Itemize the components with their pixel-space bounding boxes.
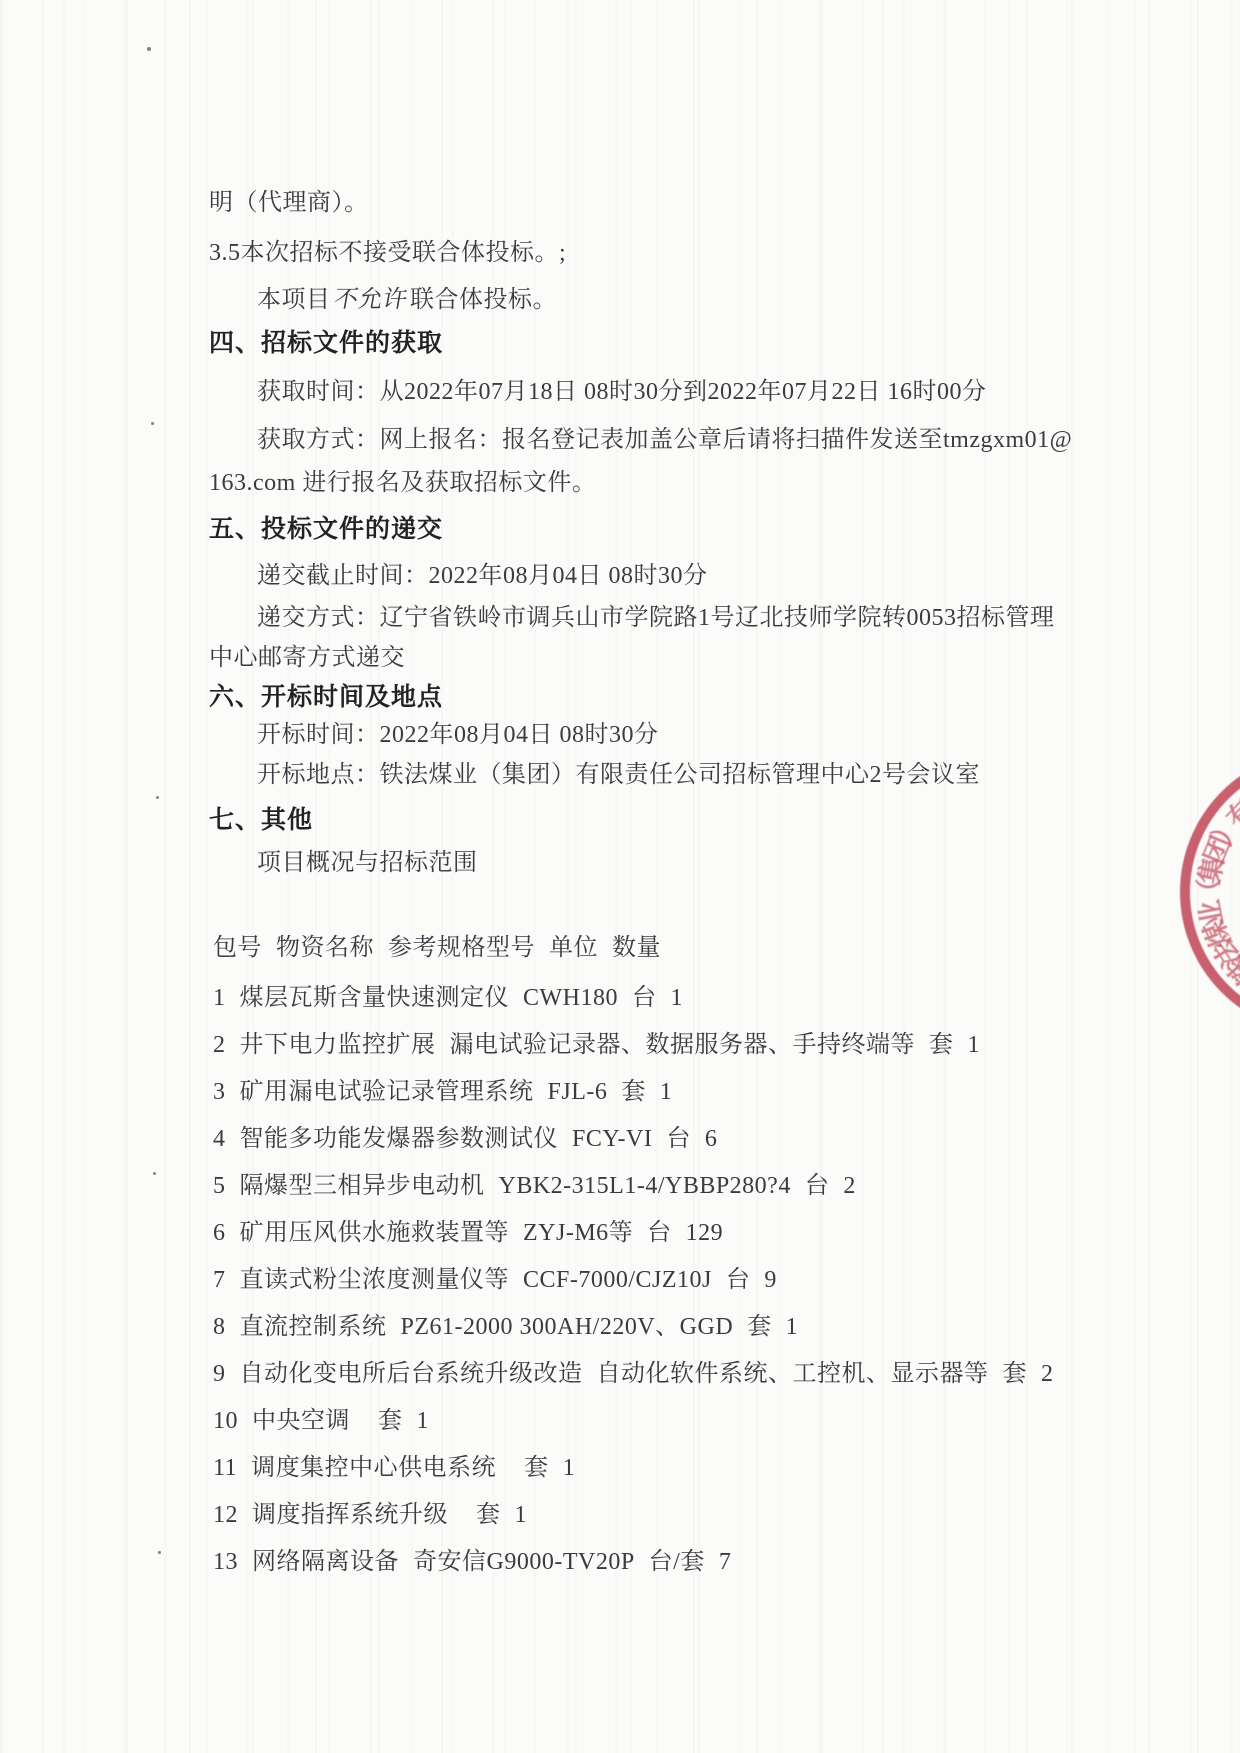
row-name: 矿用压风供水施救装置等 (240, 1221, 510, 1245)
row-unit: 台 (805, 1174, 830, 1198)
table-row: 5 隔爆型三相异步电动机 YBK2-315L1-4/YBBP280?4 台 2 (213, 1174, 856, 1198)
table-row: 7 直读式粉尘浓度测量仪等 CCF-7000/CJZ10J 台 9 (213, 1268, 777, 1292)
row-qty: 129 (686, 1221, 724, 1245)
row-unit: 套 (621, 1080, 646, 1104)
project-scope-subtitle: 项目概况与招标范围 (257, 851, 478, 875)
row-qty: 1 (968, 1033, 981, 1057)
row-qty: 1 (660, 1080, 673, 1104)
table-header: 包号 物资名称 参考规格型号 单位 数量 (213, 936, 661, 960)
row-no: 3 (213, 1080, 226, 1104)
scan-speck (156, 796, 159, 799)
row-no: 6 (213, 1221, 226, 1245)
row-unit: 套 (524, 1456, 549, 1480)
row-unit: 套 (378, 1409, 403, 1433)
scan-speck (151, 422, 154, 425)
row-name: 自动化变电所后台系统升级改造 (240, 1362, 583, 1386)
table-row: 9 自动化变电所后台系统升级改造 自动化软件系统、工控机、显示器等 套 2 (213, 1362, 1054, 1386)
row-no: 2 (213, 1033, 226, 1057)
clause-note-emphasis: 不允许 (328, 288, 412, 312)
row-name: 井下电力监控扩展 (240, 1033, 436, 1057)
row-spec: ZYJ-M6等 (523, 1221, 633, 1245)
row-name: 中央空调 (252, 1409, 350, 1433)
scan-speck (153, 1172, 156, 1175)
row-no: 4 (213, 1127, 226, 1151)
header-material-name: 物资名称 (276, 936, 374, 960)
row-spec: 奇安信G9000-TV20P (413, 1550, 635, 1574)
row-no: 11 (213, 1456, 237, 1480)
submission-deadline-line: 递交截止时间：2022年08月04日 08时30分 (257, 564, 708, 588)
row-spec: 漏电试验记录器、数据服务器、手持终端等 (450, 1033, 916, 1057)
table-row: 8 直流控制系统 PZ61-2000 300AH/220V、GGD 套 1 (213, 1315, 798, 1339)
row-qty: 7 (719, 1550, 732, 1574)
header-spec-model: 参考规格型号 (388, 936, 535, 960)
row-name: 矿用漏电试验记录管理系统 (240, 1080, 534, 1104)
row-qty: 1 (515, 1503, 528, 1527)
scan-speck (147, 47, 151, 51)
bid-opening-time-line: 开标时间：2022年08月04日 08时30分 (257, 723, 659, 747)
row-name: 直读式粉尘浓度测量仪等 (240, 1268, 510, 1292)
row-unit: 台 (666, 1127, 691, 1151)
table-row: 1 煤层瓦斯含量快速测定仪 CWH180 台 1 (213, 986, 683, 1010)
section-7-title: 七、其他 (209, 808, 313, 833)
row-name: 直流控制系统 (240, 1315, 387, 1339)
acquisition-method-line: 获取方式：网上报名：报名登记表加盖公章后请将扫描件发送至tmzgxm01@ (257, 428, 1072, 452)
row-spec: FCY-VI (572, 1127, 652, 1151)
row-qty: 2 (1041, 1362, 1054, 1386)
row-name: 调度集控中心供电系统 (251, 1456, 496, 1480)
row-unit: 台 (726, 1268, 751, 1292)
row-no: 9 (213, 1362, 226, 1386)
clause-3-5-note-line: 本项目不允许联合体投标。 (257, 288, 557, 312)
table-row: 3 矿用漏电试验记录管理系统 FJL-6 套 1 (213, 1080, 672, 1104)
table-row: 12 调度指挥系统升级 套 1 (213, 1503, 527, 1527)
acquisition-time-line: 获取时间：从2022年07月18日 08时30分到2022年07月22日 16时… (257, 380, 987, 404)
table-row: 2 井下电力监控扩展 漏电试验记录器、数据服务器、手持终端等 套 1 (213, 1033, 980, 1057)
row-unit: 台 (632, 986, 657, 1010)
row-qty: 1 (671, 986, 684, 1010)
row-unit: 套 (1003, 1362, 1028, 1386)
row-no: 10 (213, 1409, 238, 1433)
row-spec: CWH180 (523, 986, 618, 1010)
row-no: 8 (213, 1315, 226, 1339)
paragraph-continuation-line: 明（代理商）。 (209, 191, 369, 215)
row-spec: FJL-6 (548, 1080, 608, 1104)
row-qty: 2 (843, 1174, 856, 1198)
header-quantity: 数量 (612, 936, 661, 960)
submission-method-continuation-line: 中心邮寄方式递交 (209, 646, 405, 670)
row-unit: 套 (476, 1503, 501, 1527)
row-name: 煤层瓦斯含量快速测定仪 (240, 986, 510, 1010)
row-spec: YBK2-315L1-4/YBBP280?4 (499, 1174, 791, 1198)
row-unit: 套 (929, 1033, 954, 1057)
row-name: 网络隔离设备 (252, 1550, 399, 1574)
header-package-no: 包号 (213, 936, 262, 960)
acquisition-method-continuation-line: 163.com 进行报名及获取招标文件。 (209, 471, 596, 495)
table-row: 13 网络隔离设备 奇安信G9000-TV20P 台/套 7 (213, 1550, 731, 1574)
table-row: 10 中央空调 套 1 (213, 1409, 429, 1433)
row-unit: 台/套 (649, 1550, 705, 1574)
scan-speck (158, 1551, 161, 1554)
row-unit: 台 (647, 1221, 672, 1245)
row-spec: PZ61-2000 300AH/220V、GGD (401, 1315, 734, 1339)
row-qty: 1 (563, 1456, 576, 1480)
clause-note-prefix: 本项目 (257, 287, 331, 313)
section-6-title: 六、开标时间及地点 (209, 685, 443, 710)
row-qty: 9 (764, 1268, 777, 1292)
row-spec: 自动化软件系统、工控机、显示器等 (597, 1362, 989, 1386)
section-5-title: 五、投标文件的递交 (209, 517, 443, 542)
row-name: 智能多功能发爆器参数测试仪 (240, 1127, 559, 1151)
clause-3-5-line: 3.5本次招标不接受联合体投标。; (209, 241, 566, 265)
submission-method-line: 递交方式：辽宁省铁岭市调兵山市学院路1号辽北技师学院转0053招标管理 (257, 606, 1055, 630)
table-row: 11 调度集控中心供电系统 套 1 (213, 1456, 575, 1480)
row-no: 1 (213, 986, 226, 1010)
row-qty: 6 (705, 1127, 718, 1151)
row-name: 隔爆型三相异步电动机 (240, 1174, 485, 1198)
header-unit: 单位 (549, 936, 598, 960)
table-row: 6 矿用压风供水施救装置等 ZYJ-M6等 台 129 (213, 1221, 723, 1245)
table-row: 4 智能多功能发爆器参数测试仪 FCY-VI 台 6 (213, 1127, 717, 1151)
section-4-title: 四、招标文件的获取 (209, 331, 443, 356)
row-spec: CCF-7000/CJZ10J (523, 1268, 712, 1292)
row-no: 13 (213, 1550, 238, 1574)
row-qty: 1 (786, 1315, 799, 1339)
row-no: 12 (213, 1503, 238, 1527)
row-no: 5 (213, 1174, 226, 1198)
row-name: 调度指挥系统升级 (252, 1503, 448, 1527)
row-unit: 套 (747, 1315, 772, 1339)
bid-opening-location-line: 开标地点：铁法煤业（集团）有限责任公司招标管理中心2号会议室 (257, 763, 980, 787)
document-page: 明（代理商）。 3.5本次招标不接受联合体投标。; 本项目不允许联合体投标。 四… (0, 0, 1240, 1753)
clause-note-suffix: 联合体投标。 (410, 287, 557, 313)
row-no: 7 (213, 1268, 226, 1292)
row-qty: 1 (417, 1409, 430, 1433)
